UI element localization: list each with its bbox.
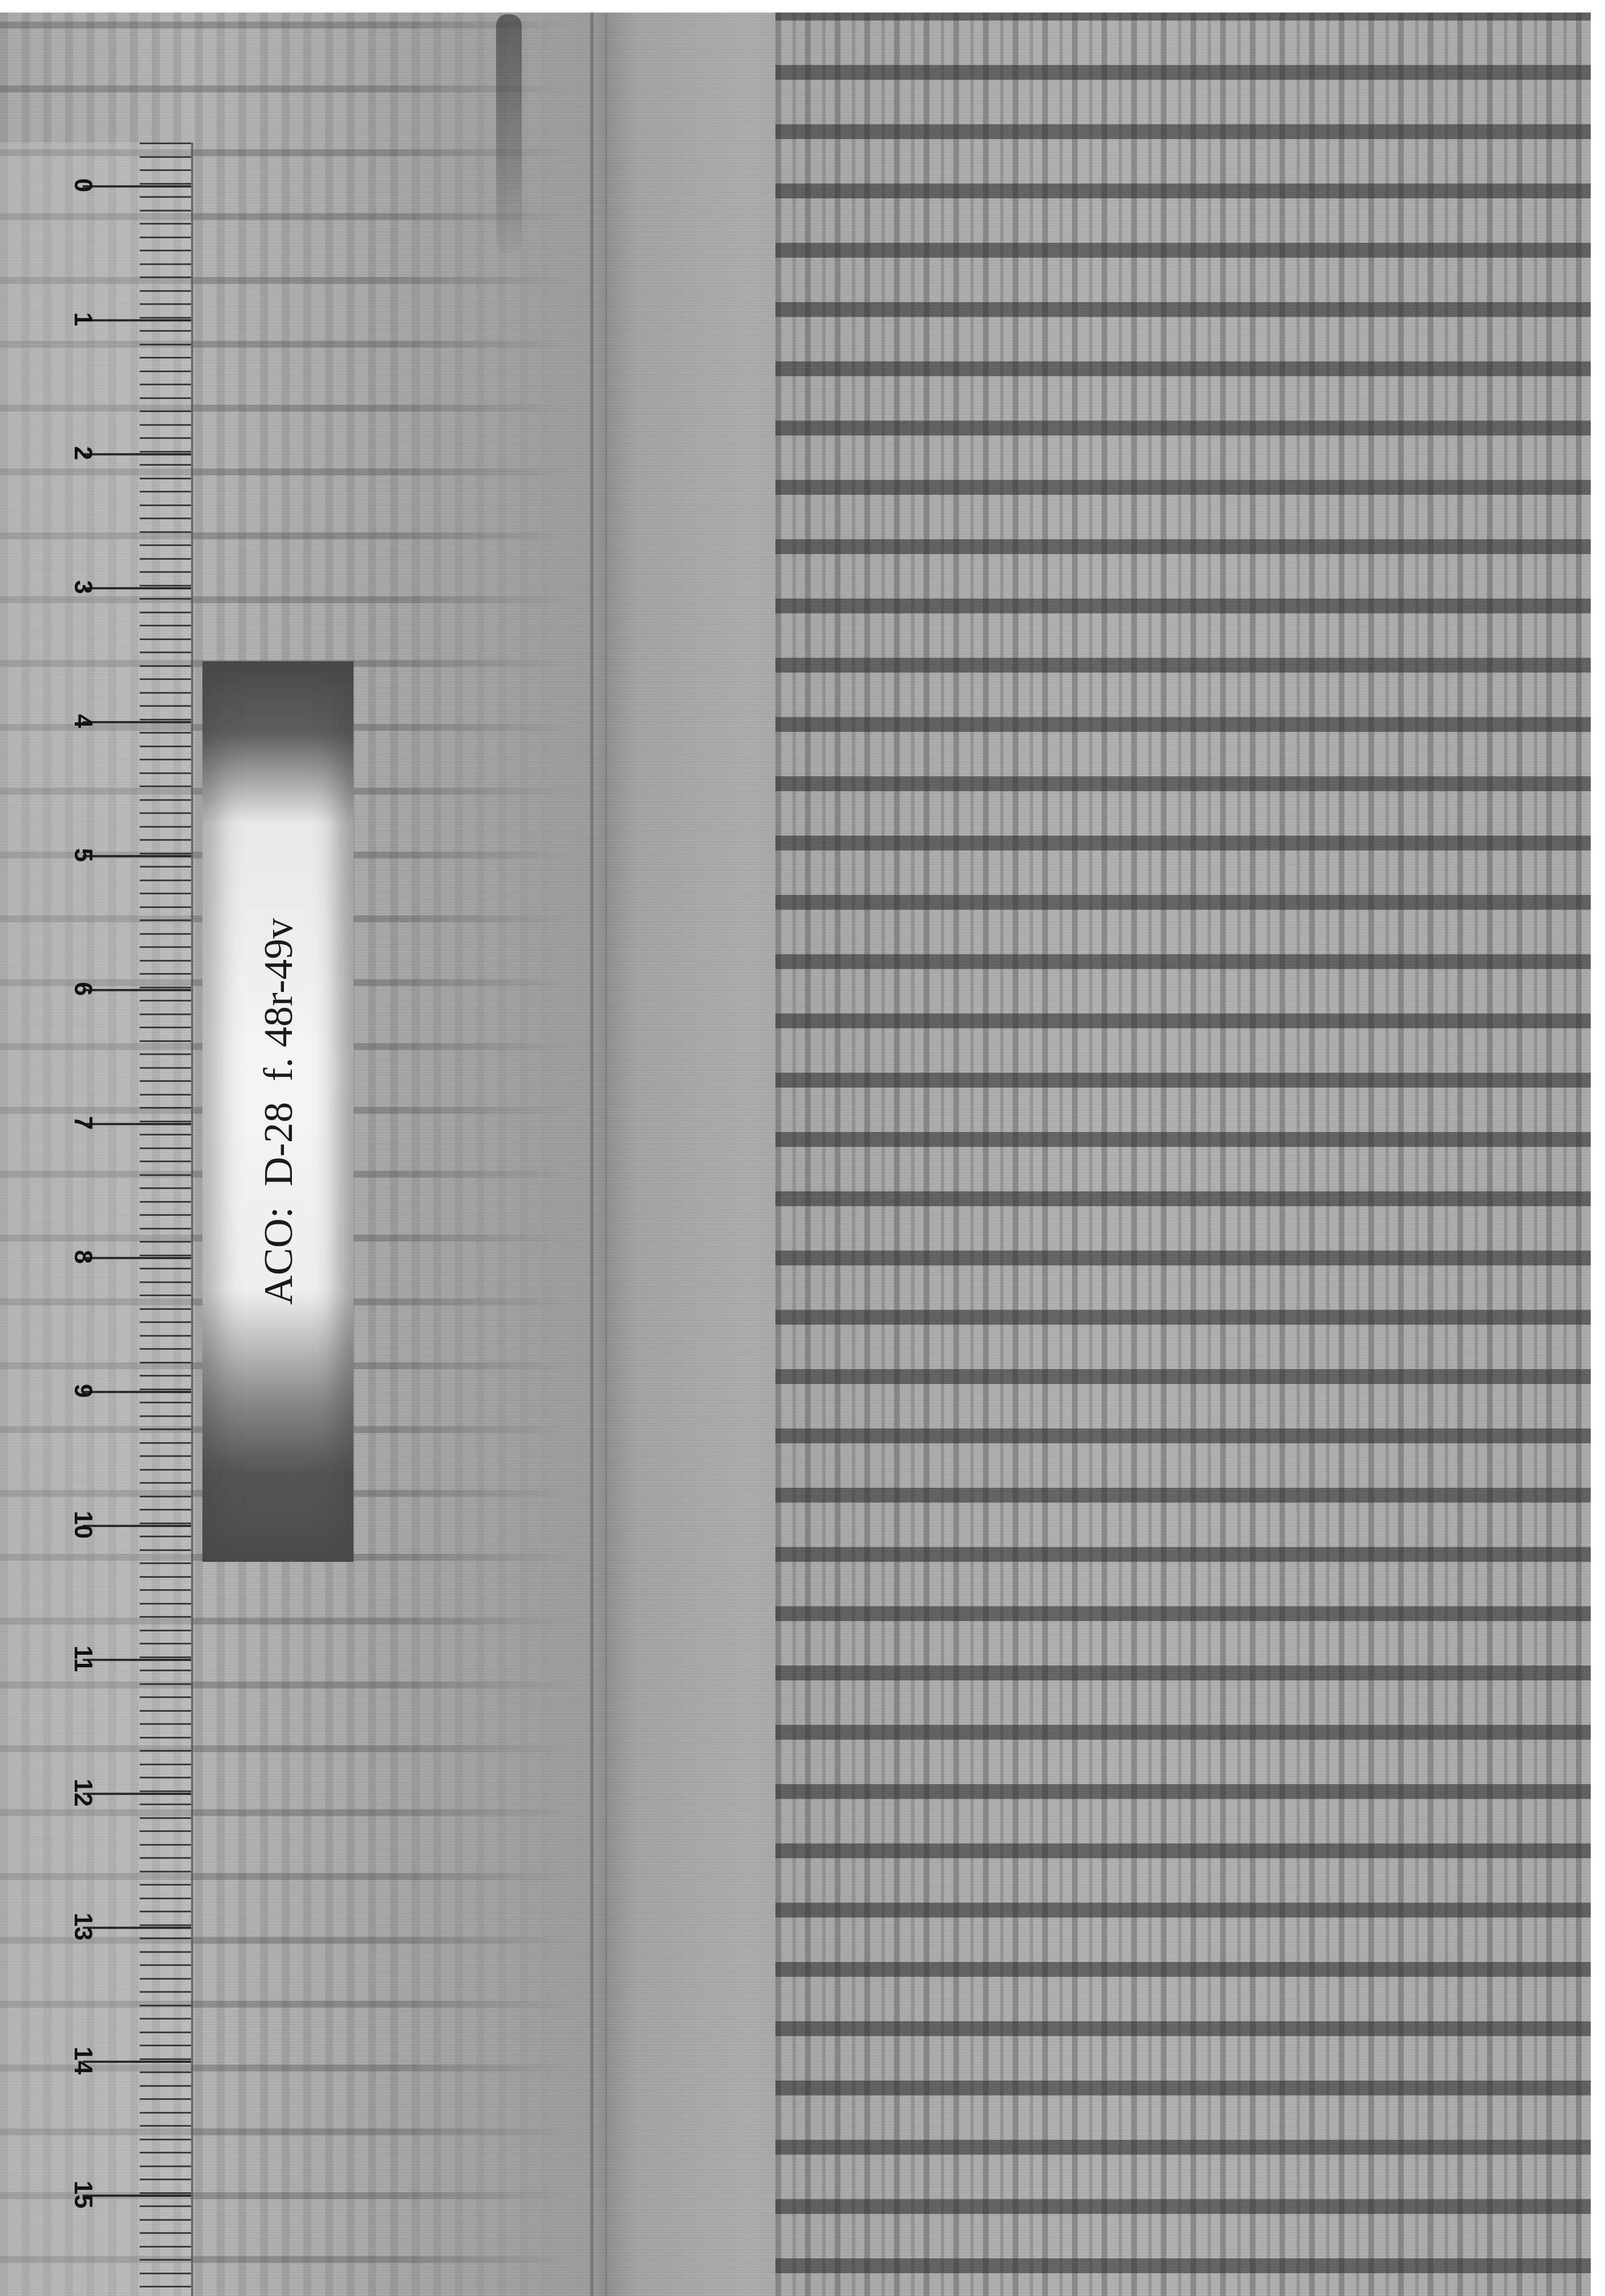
gutter-fold-line: [590, 13, 594, 2296]
ruler-major-ticks: [83, 185, 191, 2296]
ink-stain: [496, 14, 522, 254]
ruler-mark-12: 12: [68, 1773, 97, 1813]
gutter-fold-line-secondary: [606, 13, 607, 2296]
ruler-mark-4: 4: [68, 701, 97, 741]
manuscript-photo: 0 1 2 3 4 5 6 7 8 9 10 11 12 13 14 15 AC…: [0, 0, 1605, 2296]
ruler-mark-11: 11: [68, 1639, 97, 1679]
ruler-mark-0: 0: [68, 165, 97, 205]
ruler-mark-14: 14: [68, 2041, 97, 2081]
catalog-label: ACO:D-28f. 48r-49v: [202, 661, 353, 1562]
label-folios: f. 48r-49v: [255, 918, 301, 1082]
ruler-mark-8: 8: [68, 1237, 97, 1277]
label-shelfmark: D-28: [255, 1102, 301, 1186]
ruler-mark-6: 6: [68, 969, 97, 1009]
label-collection: ACO:: [255, 1207, 301, 1305]
ruler-mark-2: 2: [68, 433, 97, 473]
measurement-ruler: 0 1 2 3 4 5 6 7 8 9 10 11 12 13 14 15: [0, 143, 193, 2296]
ruler-mark-9: 9: [68, 1371, 97, 1411]
right-page-handwriting: [775, 13, 1591, 2296]
ruler-mark-10: 10: [68, 1505, 97, 1545]
ruler-mark-13: 13: [68, 1907, 97, 1947]
catalog-label-text: ACO:D-28f. 48r-49v: [255, 770, 301, 1454]
ruler-mark-3: 3: [68, 567, 97, 607]
ruler-mark-15: 15: [68, 2175, 97, 2214]
right-margin: [1591, 0, 1605, 2296]
ruler-mark-1: 1: [68, 299, 97, 339]
ruler-mark-5: 5: [68, 835, 97, 875]
ruler-mark-7: 7: [68, 1103, 97, 1143]
